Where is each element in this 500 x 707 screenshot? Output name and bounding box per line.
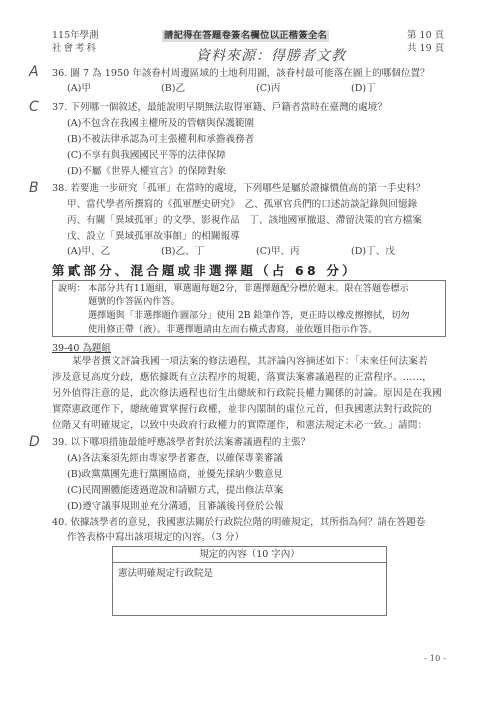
instructions-line-4: 使用修正帶（液）。非選擇題請由左而右橫式書寫，並依題目指示作答。 <box>88 323 377 336</box>
page-number-footer: - 10 - <box>424 654 446 664</box>
section-title: 第貳部分、混合題或非選擇題（占 68 分） <box>52 261 358 279</box>
answer-table-cell: 憲法明確規定行政院是 <box>113 563 386 584</box>
passage-line-4: 實際憲政運作下，總統確實掌握行政權，並非內閣制的虛位元首，但我國憲法對行政院的 <box>52 402 432 419</box>
question-stem: 依據該學者的意見，我國憲法關於行政院位階的明確規定，其所指為何？請在答題卷 <box>70 517 425 528</box>
option-36-c: (C)丙 <box>256 81 280 96</box>
question-number: 40. <box>52 517 67 528</box>
source-list-line-3: 戊、設立「異域孤軍故事館」的相關報導 <box>67 229 240 244</box>
option-39-b: (B)政黨黨團先進行黨團協商，並優先採納少數意見 <box>67 467 283 482</box>
question-stem: 若要進一步研究「孤軍」在當時的處境，下列哪些是屬於證據價值高的第一手史料？ <box>70 183 425 194</box>
option-37-d: (D)不屬《世界人權宣言》的保障對象 <box>67 164 226 179</box>
handwritten-answer-36: A <box>29 64 39 80</box>
option-38-d: (D)丁、戊 <box>351 244 395 259</box>
question-number: 39. <box>52 437 67 448</box>
exam-year: 115年學測 <box>52 29 99 42</box>
option-36-a: (A)甲 <box>67 81 91 96</box>
question-stem: 圖 7 為 1950 年該眷村周邊區域的土地利用圖，該眷村最可能落在圖上的哪個位… <box>70 68 429 79</box>
exam-header-left: 115年學測 社會考科 <box>52 29 99 55</box>
question-number: 38. <box>52 183 67 194</box>
instructions-label: 說明： <box>58 282 86 295</box>
option-36-b: (B)乙 <box>161 81 185 96</box>
option-38-a: (A)甲、乙 <box>67 244 110 259</box>
option-37-b: (B)不被法律承認為可主張權利和承擔義務者 <box>67 132 254 147</box>
question-number: 37. <box>52 102 67 113</box>
source-list-line-2: 丙、有關「異域孤軍」的文學、影視作品 丁、該地國軍撤退、滯留決策的官方檔案 <box>67 213 422 228</box>
question-group-label: 39-40 為題組 <box>52 340 111 354</box>
question-37: 37. 下列哪一個敘述，最能說明早期無法取得軍籍、戶籍者當時在臺灣的處境？ <box>52 100 387 115</box>
option-39-d: (D)遵守議事規則並充分溝通，且審議後刊登於公報 <box>67 499 284 514</box>
question-stem: 以下哪項措施最能呼應該學者對於法案審議過程的主張？ <box>70 437 310 448</box>
option-39-c: (C)民間團體能透過遊說和請願方式，提出修法草案 <box>67 483 283 498</box>
passage-line-2: 涉及意見高度分歧，應依據既有立法程序的規範，落實法案審議過程的正當程序。……， <box>52 370 432 387</box>
question-39: 39. 以下哪項措施最能呼應該學者對於法案審議過程的主張？ <box>52 435 310 450</box>
instructions-box: 說明： 本部分共有11題組，單選題每題2分，非選擇題配分標於題末。限在答題卷標示… <box>52 280 446 337</box>
passage-line-1: 某學者撰文評論我國一項法案的修法過程，其評論內容摘述如下：「未來任何法案若 <box>72 354 428 371</box>
question-36: 36. 圖 7 為 1950 年該眷村周邊區域的土地利用圖，該眷村最可能落在圖上… <box>52 66 430 81</box>
option-37-a: (A)不包含在我國主權所及的管轄與保護範圍 <box>67 116 254 131</box>
passage-line-5: 位階又有明確規定，以致中央政府行政權力的實際運作，和憲法規定未必一致。」請問： <box>52 418 427 435</box>
instructions-line-2: 題號的作答區內作答。 <box>88 295 180 308</box>
page-current: 第 10 頁 <box>407 29 444 42</box>
handwritten-answer-39: D <box>29 434 40 450</box>
option-36-d: (D)丁 <box>351 81 376 96</box>
question-number: 36. <box>52 68 67 79</box>
instructions-line-3: 選擇題與「非選擇題作圖部分」使用 2B 鉛筆作答，更正時以橡皮擦擦拭，切勿 <box>88 309 410 322</box>
option-38-c: (C)甲、丙 <box>256 244 300 259</box>
source-list-line-1: 甲、當代學者所撰寫的《孤軍歷史研究》 乙、孤軍官兵們的口述訪談記錄與回憶錄 <box>67 197 417 212</box>
handwritten-source-note: 資料來源：得勝者文教 <box>196 45 346 65</box>
option-38-b: (B)乙、丁 <box>161 244 204 259</box>
option-37-c: (C)不享有與我國國民平等的法律保障 <box>67 148 226 163</box>
option-39-a: (A)各法案須先經由專家學者審查，以確保專業審議 <box>67 451 283 466</box>
question-stem: 下列哪一個敘述，最能說明早期無法取得軍籍、戶籍者當時在臺灣的處境？ <box>70 102 387 113</box>
page-total: 共 19 頁 <box>407 42 444 55</box>
instructions-line-1: 本部分共有11題組，單選題每題2分，非選擇題配分標於題末。限在答題卷標示 <box>88 282 409 295</box>
answer-table: 規定的內容（10 字內） 憲法明確規定行政院是 <box>112 546 387 616</box>
question-40: 40. 依據該學者的意見，我國憲法關於行政院位階的明確規定，其所指為何？請在答題… <box>52 515 425 530</box>
question-38: 38. 若要進一步研究「孤軍」在當時的處境，下列哪些是屬於證據價值高的第一手史料… <box>52 181 425 196</box>
signature-reminder-banner: 請記得在答題卷簽名欄位以正楷簽全名 <box>162 30 329 42</box>
exam-subject: 社會考科 <box>52 42 99 55</box>
handwritten-answer-37: C <box>29 99 39 115</box>
exam-header-right: 第 10 頁 共 19 頁 <box>407 29 444 55</box>
question-40-line-2: 作答表格中寫出該項規定的內容。（3 分） <box>67 530 244 545</box>
handwritten-answer-38: B <box>29 180 39 196</box>
answer-table-header: 規定的內容（10 字內） <box>113 547 386 563</box>
passage-line-3: 另外值得注意的是，此次修法過程也衍生出總統和行政院長權力關係的討論。原因是在我國 <box>52 386 442 403</box>
